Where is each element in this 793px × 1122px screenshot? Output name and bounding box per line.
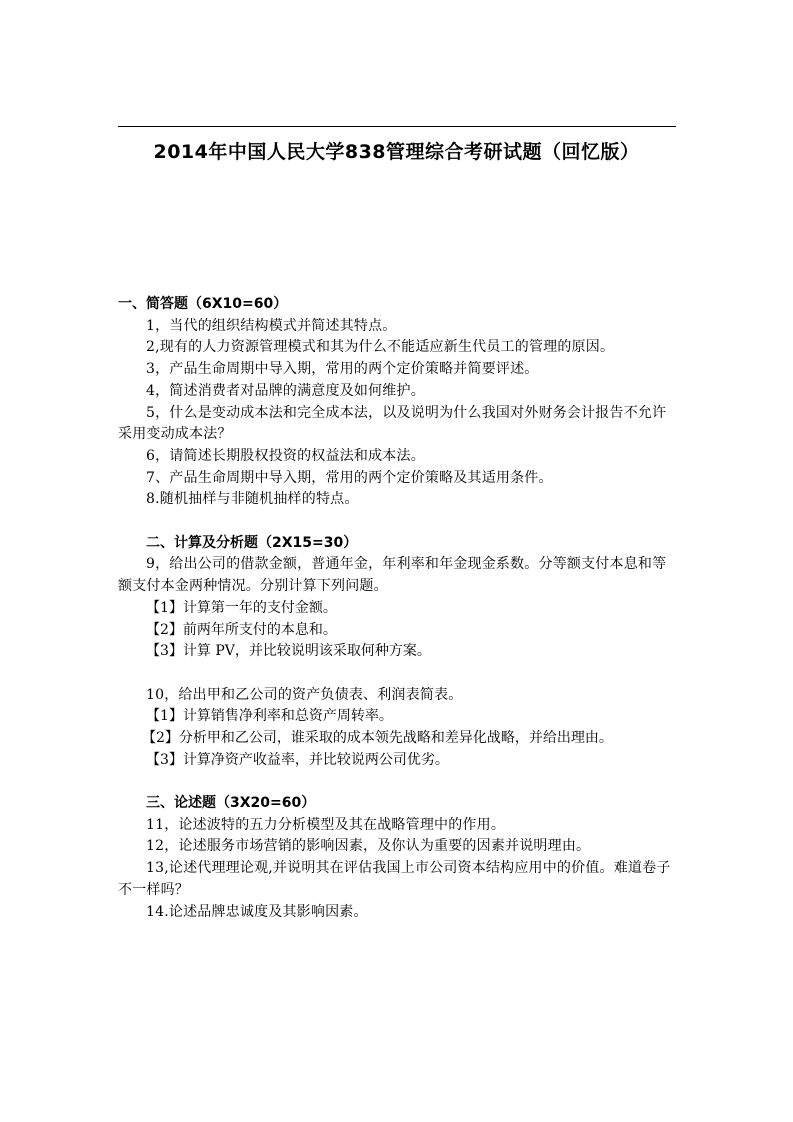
question-8: 8.随机抽样与非随机抽样的特点。	[118, 489, 680, 511]
question-7: 7、产品生命周期中导入期，常用的两个定价策略及其适用条件。	[118, 468, 680, 490]
section-heading: 一、简答题（6X10=60）	[118, 294, 680, 316]
title-top-rule	[118, 126, 676, 127]
question-10-part-1: 【1】计算销售净利率和总资产周转率。	[118, 706, 680, 728]
section-heading: 三、论述题（3X20=60）	[118, 793, 680, 815]
section-heading: 二、计算及分析题（2X15=30）	[118, 533, 680, 555]
document-body: 一、简答题（6X10=60） 1，当代的组织结构模式并简述其特点。 2,现有的人…	[118, 294, 680, 923]
spacer	[118, 771, 680, 793]
question-9-part-2: 【2】前两年所支付的本息和。	[118, 620, 680, 642]
question-2: 2,现有的人力资源管理模式和其为什么不能适应新生代员工的管理的原因。	[118, 337, 680, 359]
section-short-answer: 一、简答题（6X10=60） 1，当代的组织结构模式并简述其特点。 2,现有的人…	[118, 294, 680, 511]
section-essay: 三、论述题（3X20=60） 11，论述波特的五力分析模型及其在战略管理中的作用…	[118, 793, 680, 923]
question-10-part-2: 【2】分析甲和乙公司，谁采取的成本领先战略和差异化战略，并给出理由。	[118, 728, 680, 750]
question-9-part-3: 【3】计算 PV，并比较说明该采取何种方案。	[118, 641, 680, 663]
question-6: 6，请简述长期股权投资的权益法和成本法。	[118, 446, 680, 468]
question-9: 9，给出公司的借款金额，普通年金，年利率和年金现金系数。分等额支付本息和等额支付…	[118, 554, 680, 597]
question-12: 12，论述服务市场营销的影响因素，及你认为重要的因素并说明理由。	[118, 836, 680, 858]
question-11: 11，论述波特的五力分析模型及其在战略管理中的作用。	[118, 815, 680, 837]
question-13: 13,论述代理理论观,并说明其在评估我国上市公司资本结构应用中的价值。难道卷子不…	[118, 858, 680, 901]
question-10-part-3: 【3】计算净资产收益率，并比较说两公司优劣。	[118, 750, 680, 772]
question-5: 5，什么是变动成本法和完全成本法，以及说明为什么我国对外财务会计报告不允许采用变…	[118, 403, 680, 446]
question-3: 3，产品生命周期中导入期，常用的两个定价策略并简要评述。	[118, 359, 680, 381]
question-1: 1，当代的组织结构模式并简述其特点。	[118, 316, 680, 338]
spacer	[118, 663, 680, 685]
document-title: 2014年中国人民大学838管理综合考研试题（回忆版）	[0, 139, 793, 165]
question-10: 10，给出甲和乙公司的资产负债表、利润表简表。	[118, 685, 680, 707]
question-14: 14.论述品牌忠诚度及其影响因素。	[118, 902, 680, 924]
question-9-part-1: 【1】计算第一年的支付金额。	[118, 598, 680, 620]
spacer	[118, 511, 680, 533]
section-calculation: 二、计算及分析题（2X15=30） 9，给出公司的借款金额，普通年金，年利率和年…	[118, 533, 680, 772]
question-4: 4，简述消费者对品牌的满意度及如何维护。	[118, 381, 680, 403]
